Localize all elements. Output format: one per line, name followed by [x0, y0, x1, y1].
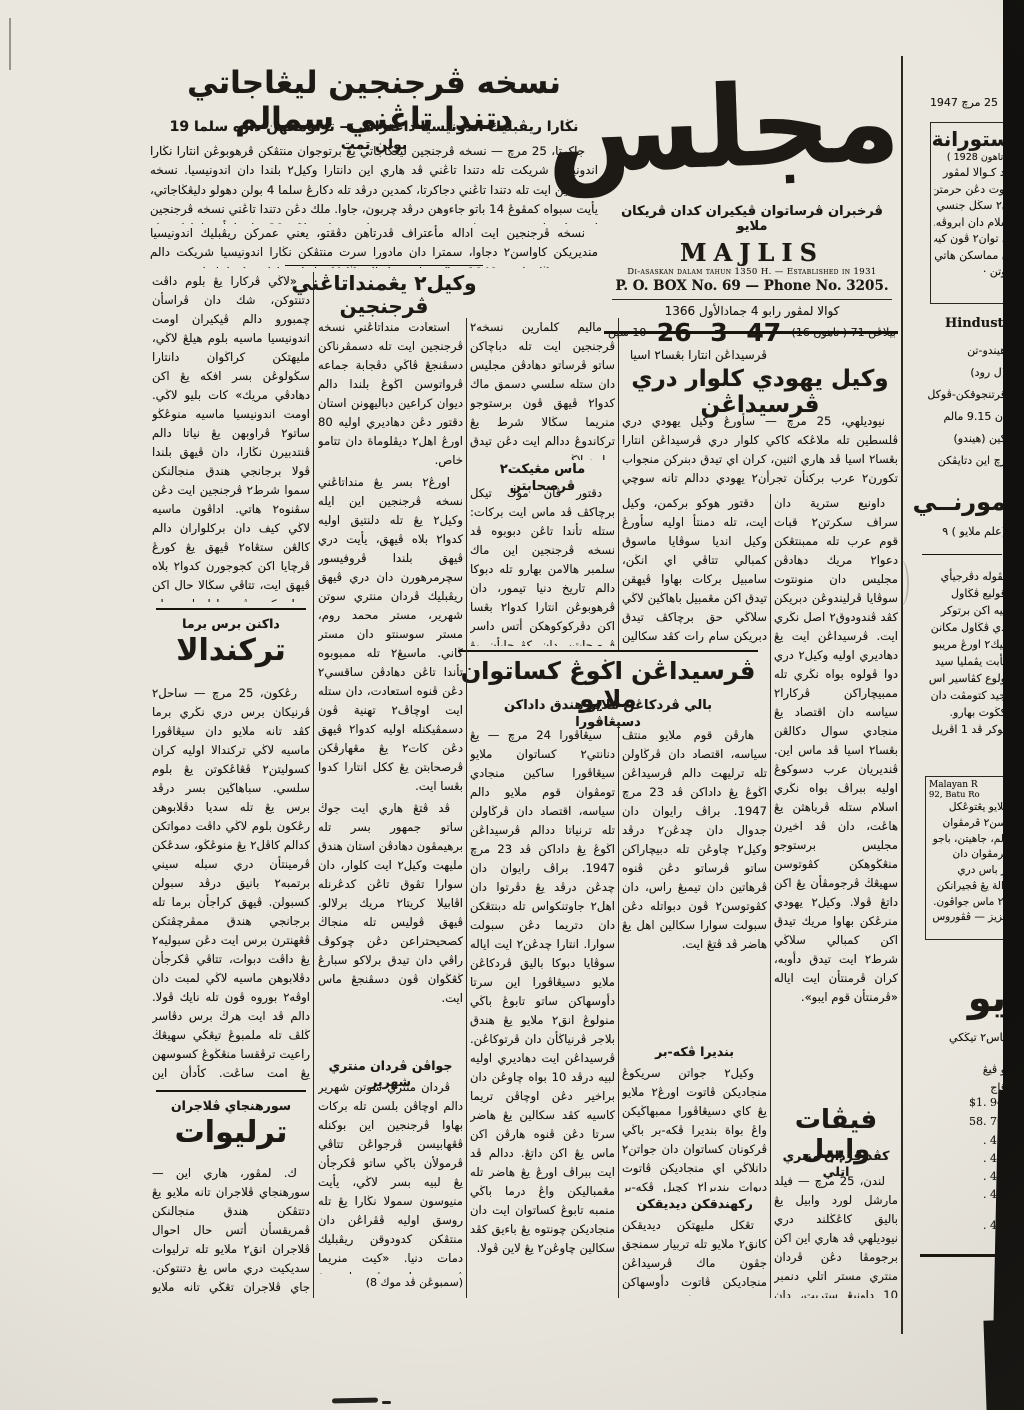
column-rule-1	[313, 272, 314, 1298]
lead-paragraph-1: جاكرتا، 25 مرچ — نسخه ڤرجنجين ليڠڬاجاتي …	[150, 142, 598, 224]
margin-box2-line: عزيز — ڤڤوروس	[929, 910, 1009, 926]
page-edge-rule	[901, 56, 903, 1334]
margin-box1-year: ( تاهون 1928 )	[934, 151, 1010, 165]
shahrir-body: ڤردان منتري سوتن شهرير دالم اوچاڤن بلسن …	[318, 1078, 463, 1274]
burma-top-rule	[156, 608, 306, 610]
margin-box2-line: ڤرمڤوان دان	[929, 847, 1009, 863]
margin-hindustan-line: ڤرتنجوقكن-ڤوكل	[924, 384, 1006, 406]
yahudi-kicker: ڤرسيداڠن انتارا بڠسا٢ اسيا	[622, 348, 767, 362]
margin-ad-box-malayan: Malayan R 92, Batu Ro ملايو يڠتوڠكل اسن٢…	[925, 776, 1013, 940]
column-rule-3a	[618, 318, 619, 650]
price-line: . 43	[928, 1188, 1004, 1201]
margin-box1-line: سلام دان ابروڤه.	[934, 215, 1010, 232]
margin-morni-line: ولوع كڤاسير اس	[922, 670, 1006, 687]
masthead-name-latin: MAJLIS	[604, 238, 900, 267]
scan-corner-black	[983, 1319, 1024, 1410]
margin-morni-rule	[922, 554, 1002, 555]
scan-smudge	[382, 1401, 391, 1404]
education-top-rule	[156, 1090, 306, 1092]
agung-col3-body: سيڠاڤورا 24 مرچ — يڠ دنانتي٢ كساتوان ملا…	[470, 726, 615, 1296]
lead-paragraph-2: نسخه ڤرجنجين ايت اداله مأعتراف ڤدرتاهن د…	[150, 224, 598, 268]
masthead-date-jawi: كوالا لمڤور رابو 4 جمادالأول 1366	[604, 304, 900, 318]
margin-morni-line: يأبت يڤمليا سيد	[922, 653, 1006, 670]
margin-bottom-rule	[920, 1254, 1004, 1257]
didik-subhead: ركهندقكن ديديقكن	[622, 1196, 767, 1212]
margin-morni-line: ڤوليع ڤڬاول	[922, 585, 1006, 602]
margin-hindustan-line: هيندو-تن	[924, 340, 1006, 362]
margin-morni-line: جيد كتومڤت دان	[922, 687, 1006, 704]
margin-morni-line: دي ڤڬاول مكانن	[922, 619, 1006, 636]
scan-smudge	[332, 1398, 378, 1404]
burma-kicker: داكنن برس برما	[152, 616, 310, 631]
margin-hindustan-block: هيندو-تن (ل رود) ڤرتنجوقكن-ڤوكل ان 9.15 …	[924, 340, 1006, 472]
burma-headline: تركندالا	[152, 634, 310, 669]
price-line: . 44	[928, 1170, 1004, 1183]
margin-box1-line: ڤوت دڠن حرمتن	[934, 182, 1010, 199]
margin-box1-line: ل توان٢ ڤون كيت	[934, 231, 1010, 248]
price-line: $1. 94	[928, 1096, 1004, 1109]
margin-morni-headline: مورنــي	[918, 488, 1006, 516]
signers-col3-body: ماليم كلمارين نسخه٢ ڤرجنجين ايت تله دباچ…	[470, 318, 615, 460]
margin-morni-block: يڤوله دڤرجيأي ڤوليع ڤڬاول تيه اكن برتوكر…	[922, 568, 1006, 738]
masthead-tagline: ڤرخبران ڤرساتوان ڤيكيران كدان ڤريكان ملا…	[604, 204, 900, 234]
margin-box2-latin1: Malayan R	[929, 780, 1009, 790]
education-kicker: سورهنجاي ڤلاجران	[152, 1098, 310, 1113]
margin-fragment-small1: و ڤيڠ	[940, 1062, 1006, 1079]
margin-box1-line: ن مماسكن هاتي	[934, 248, 1010, 265]
margin-box2-line: ملايو يڠتوڠكل	[929, 800, 1009, 816]
column-rule-2	[466, 318, 467, 1298]
column-rule-4	[770, 494, 771, 1298]
price-line: . 49	[928, 1134, 1004, 1147]
margin-box2-line: ار باس دري	[929, 863, 1009, 879]
margin-hindustan-title: Hindustan	[945, 316, 1005, 331]
price-line: 58. 70	[928, 1115, 1004, 1128]
signers-top-rule	[285, 265, 483, 266]
burma-body-column: رڠكون، 25 مرچ — ساحل٢ ڤرنيكان برس دري نڬ…	[152, 684, 310, 1080]
margin-hindustan-line: كين (هيندو)	[924, 428, 1006, 450]
bendera-body: وكيل٢ جواتن سريكوڠ منجاديكن ڤاتوت اورڠ٢ …	[622, 1064, 767, 1192]
mas-body: دقتور ڤان موك تيكل برچاكڤ ڤد ماس ايت برك…	[470, 484, 615, 646]
margin-box2-line: ٢٣ ماس جواڤون.	[929, 895, 1009, 911]
yahudi-headline: وكيل يهودي كلوار دري ڤرسيداڠن	[622, 366, 898, 419]
continued-note: (سمبوڠن ڤد موك 8)	[318, 1276, 463, 1289]
agung-top-rule	[458, 650, 758, 652]
margin-ad-box-restaurant: ستورانة ( تاهون 1928 ) ود كـوالا لمڤور ڤ…	[930, 122, 1014, 304]
margin-morni-line: يڤوله دڤرجيأي	[922, 568, 1006, 585]
margin-box2-line: اسن٢ ڤرمڤوان	[929, 816, 1009, 832]
margin-morni-sub: (علم ملايو ) ٩	[924, 524, 1006, 541]
signers-body-column: استعادت منداتاڠني نسخه ڤرجنجين ايت تله د…	[318, 318, 463, 1052]
column-rule-3b	[618, 726, 619, 1298]
margin-box2-line: والة يڠ ڤجيرانكن	[929, 879, 1009, 895]
lead-continuation-column: «لاڬي ڤركارا يڠ بلوم داڤت دتنتوكن، شك دا…	[152, 272, 310, 602]
yahudi-lede: نيوديلهي، 25 مرچ — سأورڠ وكيل يهودي دري …	[622, 412, 898, 490]
scan-artifact	[9, 18, 11, 70]
masthead-rule	[612, 299, 892, 300]
masthead-contact-line: P. O. BOX No. 69 — Phone No. 3205.	[604, 278, 900, 294]
wavell-body: لندن، 25 مرچ — فيلد مارشل لورد وابيل يڠ …	[774, 1172, 898, 1298]
didik-body: تڠكل مليهتكن ديديقكن كانق٢ ملايو تله ترب…	[622, 1216, 767, 1296]
agung-col4-body: هارڤن قوم ملايو منتڤ سياسه، اقتصاد دان ڤ…	[622, 726, 767, 1042]
margin-price-list: $1. 94 58. 70 . 49 . 44 . 44 . 43 . 45	[928, 1096, 1004, 1232]
bendera-subhead: بنديرا ڤكه-بر	[622, 1044, 767, 1060]
yahudi-col5-body: داونيع سترية دان سراف سكرتن٢ قبات قوم عر…	[774, 494, 898, 1092]
masthead-logo-jawi: مجلس	[601, 47, 902, 207]
margin-box1-line: ن٢ سڬل جنسي	[934, 198, 1010, 215]
margin-box2-latin2: 92, Batu Ro	[929, 790, 1009, 800]
margin-box2-line: ولم، جاهيتن، باجو	[929, 832, 1009, 848]
margin-hindustan-line: ان 9.15 مالم	[924, 406, 1006, 428]
margin-hindustan-line: (ل رود)	[924, 362, 1006, 384]
education-body-column: ك. لمڤور، هاري اين — سورهنجاي ڤلاجران تا…	[152, 1164, 310, 1296]
scan-pen-mark	[893, 560, 909, 606]
price-line: . 45	[928, 1219, 1004, 1232]
margin-box1-line: توتن ·	[934, 264, 1010, 281]
yahudi-col4-body: دقتور هوكو بركمن، وكيل ايت، تله دمنتأ او…	[622, 494, 767, 646]
margin-box1-title: ستورانة	[934, 127, 1010, 151]
masthead-established-line: Di-asaskan dalam tahun 1350 H. — Establi…	[604, 267, 900, 277]
newspaper-page-scan: نسخه ڤرجنجين ليڠاجاتي دتندا تاڠني سمالم …	[0, 0, 1024, 1410]
masthead-bottom-rule	[604, 331, 898, 334]
masthead: مجلس ڤرخبران ڤرساتوان ڤيكيران كدان ڤريكا…	[604, 52, 900, 334]
price-line: . 44	[928, 1152, 1004, 1165]
margin-morni-line: تيه اكن برتوكر	[922, 602, 1006, 619]
education-headline: ترليوات	[152, 1116, 310, 1151]
margin-fragment-small2: ڤاج	[940, 1080, 1006, 1097]
margin-fragment-line: باس٢ تيڬكي	[924, 1030, 1006, 1047]
margin-edition-date: 25 مرچ 1947	[918, 96, 998, 109]
margin-fragment-big: يو	[930, 976, 1006, 1020]
margin-morni-line: كڬوت بهارو.	[922, 704, 1006, 721]
margin-hindustan-line: رچ اين دتايڤكن	[924, 450, 1006, 472]
margin-morni-line: نيك٢ اورڠ مريبو	[922, 636, 1006, 653]
margin-box1-line: ود كـوالا لمڤور	[934, 165, 1010, 182]
margin-morni-line: توكر ڤد 1 اڤريل	[922, 721, 1006, 738]
